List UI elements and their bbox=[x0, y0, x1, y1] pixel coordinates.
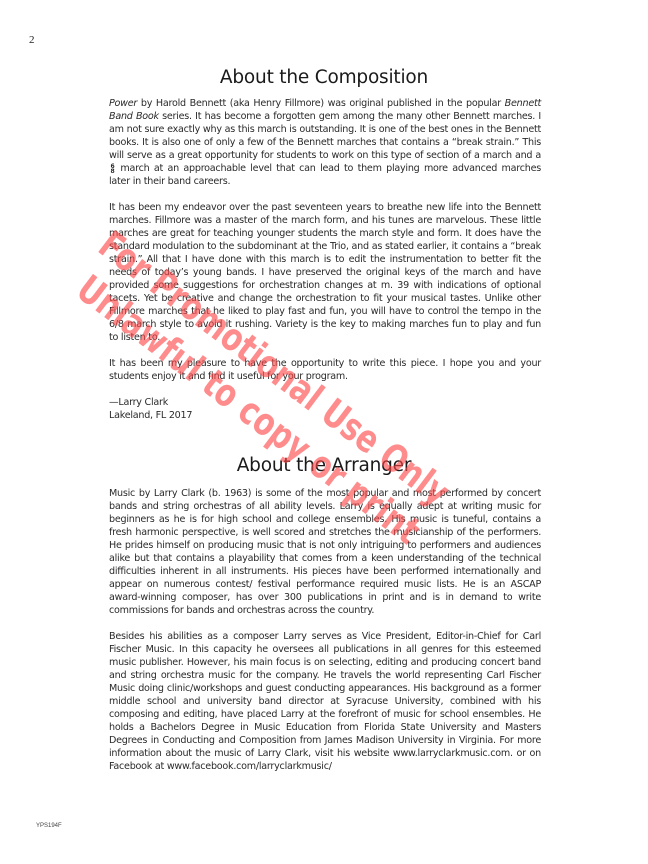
time-signature-six-eight: 68 bbox=[109, 164, 116, 174]
signature-place-date: Lakeland, FL 2017 bbox=[109, 409, 541, 422]
arranger-body: Music by Larry Clark (b. 1963) is some o… bbox=[109, 487, 541, 786]
document-page: 2 About the Composition Power by Harold … bbox=[0, 0, 648, 864]
composition-heading: About the Composition bbox=[0, 67, 648, 88]
composition-paragraph-1: Power by Harold Bennett (aka Henry Fillm… bbox=[109, 97, 541, 188]
signature-block: —Larry Clark Lakeland, FL 2017 bbox=[109, 396, 541, 422]
composition-paragraph-2: It has been my endeavor over the past se… bbox=[109, 201, 541, 344]
page-number: 2 bbox=[29, 34, 35, 46]
arranger-paragraph-2: Besides his abilities as a composer Larr… bbox=[109, 630, 541, 773]
arranger-heading: About the Arranger bbox=[0, 455, 648, 476]
signature-name: —Larry Clark bbox=[109, 396, 541, 409]
composition-paragraph-3: It has been my pleasure to have the oppo… bbox=[109, 357, 541, 383]
arranger-paragraph-1: Music by Larry Clark (b. 1963) is some o… bbox=[109, 487, 541, 617]
catalog-code: YPS194F bbox=[36, 823, 62, 829]
piece-title: Power bbox=[109, 98, 137, 109]
composition-body: Power by Harold Bennett (aka Henry Fillm… bbox=[109, 97, 541, 435]
